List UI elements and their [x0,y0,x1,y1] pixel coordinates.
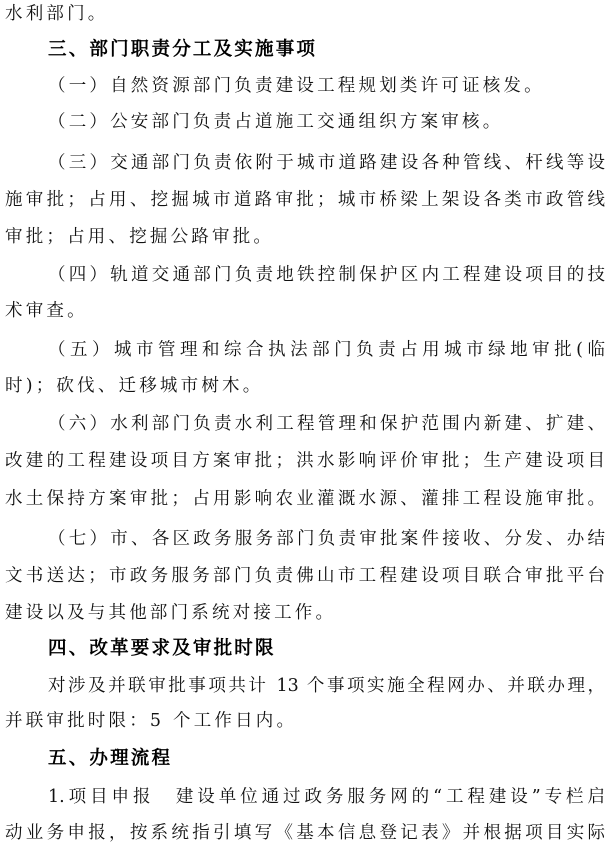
item-4-line-2: 术审查。 [5,299,88,323]
item-3-line-1: （三）交通部门负责依附于城市道路建设各种管线、杆线等设 [48,151,605,175]
item-7-line-3: 建设以及与其他部门系统对接工作。 [5,601,336,625]
item-5-line-1: （五）城市管理和综合执法部门负责占用城市绿地审批(临 [48,338,605,362]
document-page: 水利部门。 三、部门职责分工及实施事项 （一）自然资源部门负责建设工程规划类许可… [0,0,614,846]
item-4-line-1: （四）轨道交通部门负责地铁控制保护区内工程建设项目的技 [48,263,605,287]
item-6-line-3: 水土保持方案审批；占用影响农业灌溉水源、灌排工程设施审批。 [5,487,605,511]
item-2-line: （二）公安部门负责占道施工交通组织方案审核。 [48,110,503,134]
item-6-line-1: （六）水利部门负责水利工程管理和保护范围内新建、扩建、 [48,412,605,436]
item-3-line-2: 施审批；占用、挖掘城市道路审批；城市桥梁上架设各类市政管线 [5,188,605,212]
item-5-line-2: 时)；砍伐、迁移城市树木。 [5,374,263,398]
section-heading-5: 五、办理流程 [48,747,172,771]
reform-paragraph-line-2: 并联审批时限：5 个工作日内。 [5,709,297,733]
paragraph-tail-line: 水利部门。 [5,2,109,26]
process-step-1-line-1: 1.项目申报 建设单位通过政务服务网的“工程建设”专栏启 [48,785,605,809]
section-heading-4: 四、改革要求及审批时限 [48,637,276,661]
item-7-line-2: 文书送达；市政务服务部门负责佛山市工程建设项目联合审批平台 [5,564,605,588]
section-heading-3: 三、部门职责分工及实施事项 [48,38,317,62]
item-6-line-2: 改建的工程建设项目方案审批；洪水影响评价审批；生产建设项目 [5,449,605,473]
item-1-line: （一）自然资源部门负责建设工程规划类许可证核发。 [48,74,545,98]
process-step-1-line-2: 动业务申报，按系统指引填写《基本信息登记表》并根据项目实际 [5,821,605,845]
reform-paragraph-line-1: 对涉及并联审批事项共计 13 个事项实施全程网办、并联办理， [48,674,605,698]
item-3-line-3: 审批；占用、挖掘公路审批。 [5,225,274,249]
item-7-line-1: （七）市、各区政务服务部门负责审批案件接收、分发、办结 [48,527,605,551]
